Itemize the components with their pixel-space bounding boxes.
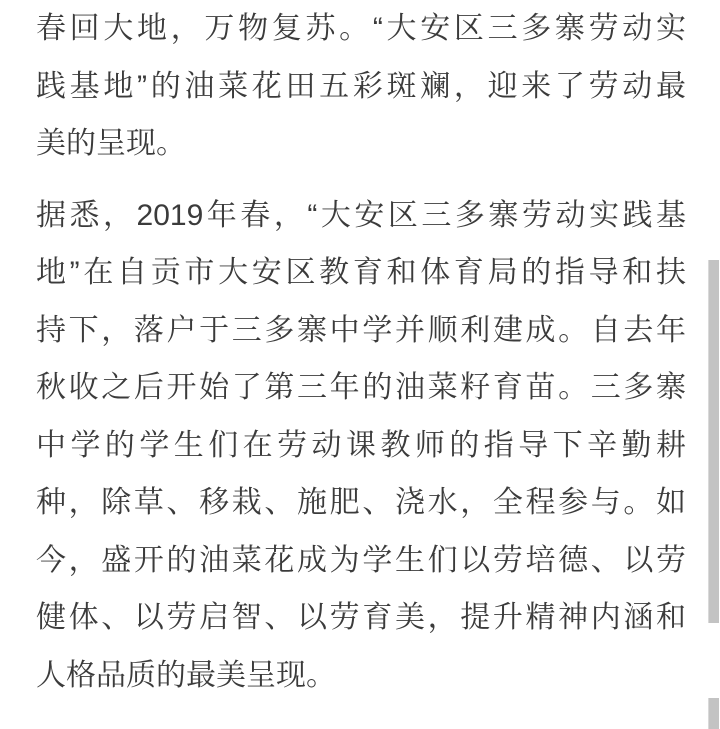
text-line: 健体、以劳启智、以劳育美，提升精神内涵和 — [36, 589, 686, 647]
article-body: 春回大地，万物复苏。“大安区三多寨劳动实践基地”的油菜花田五彩斑斓，迎来了劳动最… — [36, 0, 686, 718]
text-line: 美的呈现。 — [36, 115, 686, 173]
paragraph-1: 春回大地，万物复苏。“大安区三多寨劳动实践基地”的油菜花田五彩斑斓，迎来了劳动最… — [36, 0, 686, 173]
text-line: 践基地”的油菜花田五彩斑斓，迎来了劳动最 — [36, 58, 686, 116]
text-line: 春回大地，万物复苏。“大安区三多寨劳动实 — [36, 0, 686, 58]
text-line: 地”在自贡市大安区教育和体育局的指导和扶 — [36, 244, 686, 302]
text-line: 中学的学生们在劳动课教师的指导下辛勤耕 — [36, 417, 686, 475]
text-line: 人格品质的最美呈现。 — [36, 647, 686, 705]
text-line: 种，除草、移栽、施肥、浇水，全程参与。如 — [36, 474, 686, 532]
text-line: 持下，落户于三多寨中学并顺利建成。自去年 — [36, 302, 686, 360]
text-line: 秋收之后开始了第三年的油菜籽育苗。三多寨 — [36, 359, 686, 417]
paragraph-2: 据悉，2019年春，“大安区三多寨劳动实践基地”在自贡市大安区教育和体育局的指导… — [36, 187, 686, 705]
scrollbar-thumb-2[interactable] — [708, 698, 719, 729]
text-line: 今，盛开的油菜花成为学生们以劳培德、以劳 — [36, 532, 686, 590]
text-line: 据悉，2019年春，“大安区三多寨劳动实践基 — [36, 187, 686, 245]
scrollbar-thumb-1[interactable] — [708, 260, 719, 623]
